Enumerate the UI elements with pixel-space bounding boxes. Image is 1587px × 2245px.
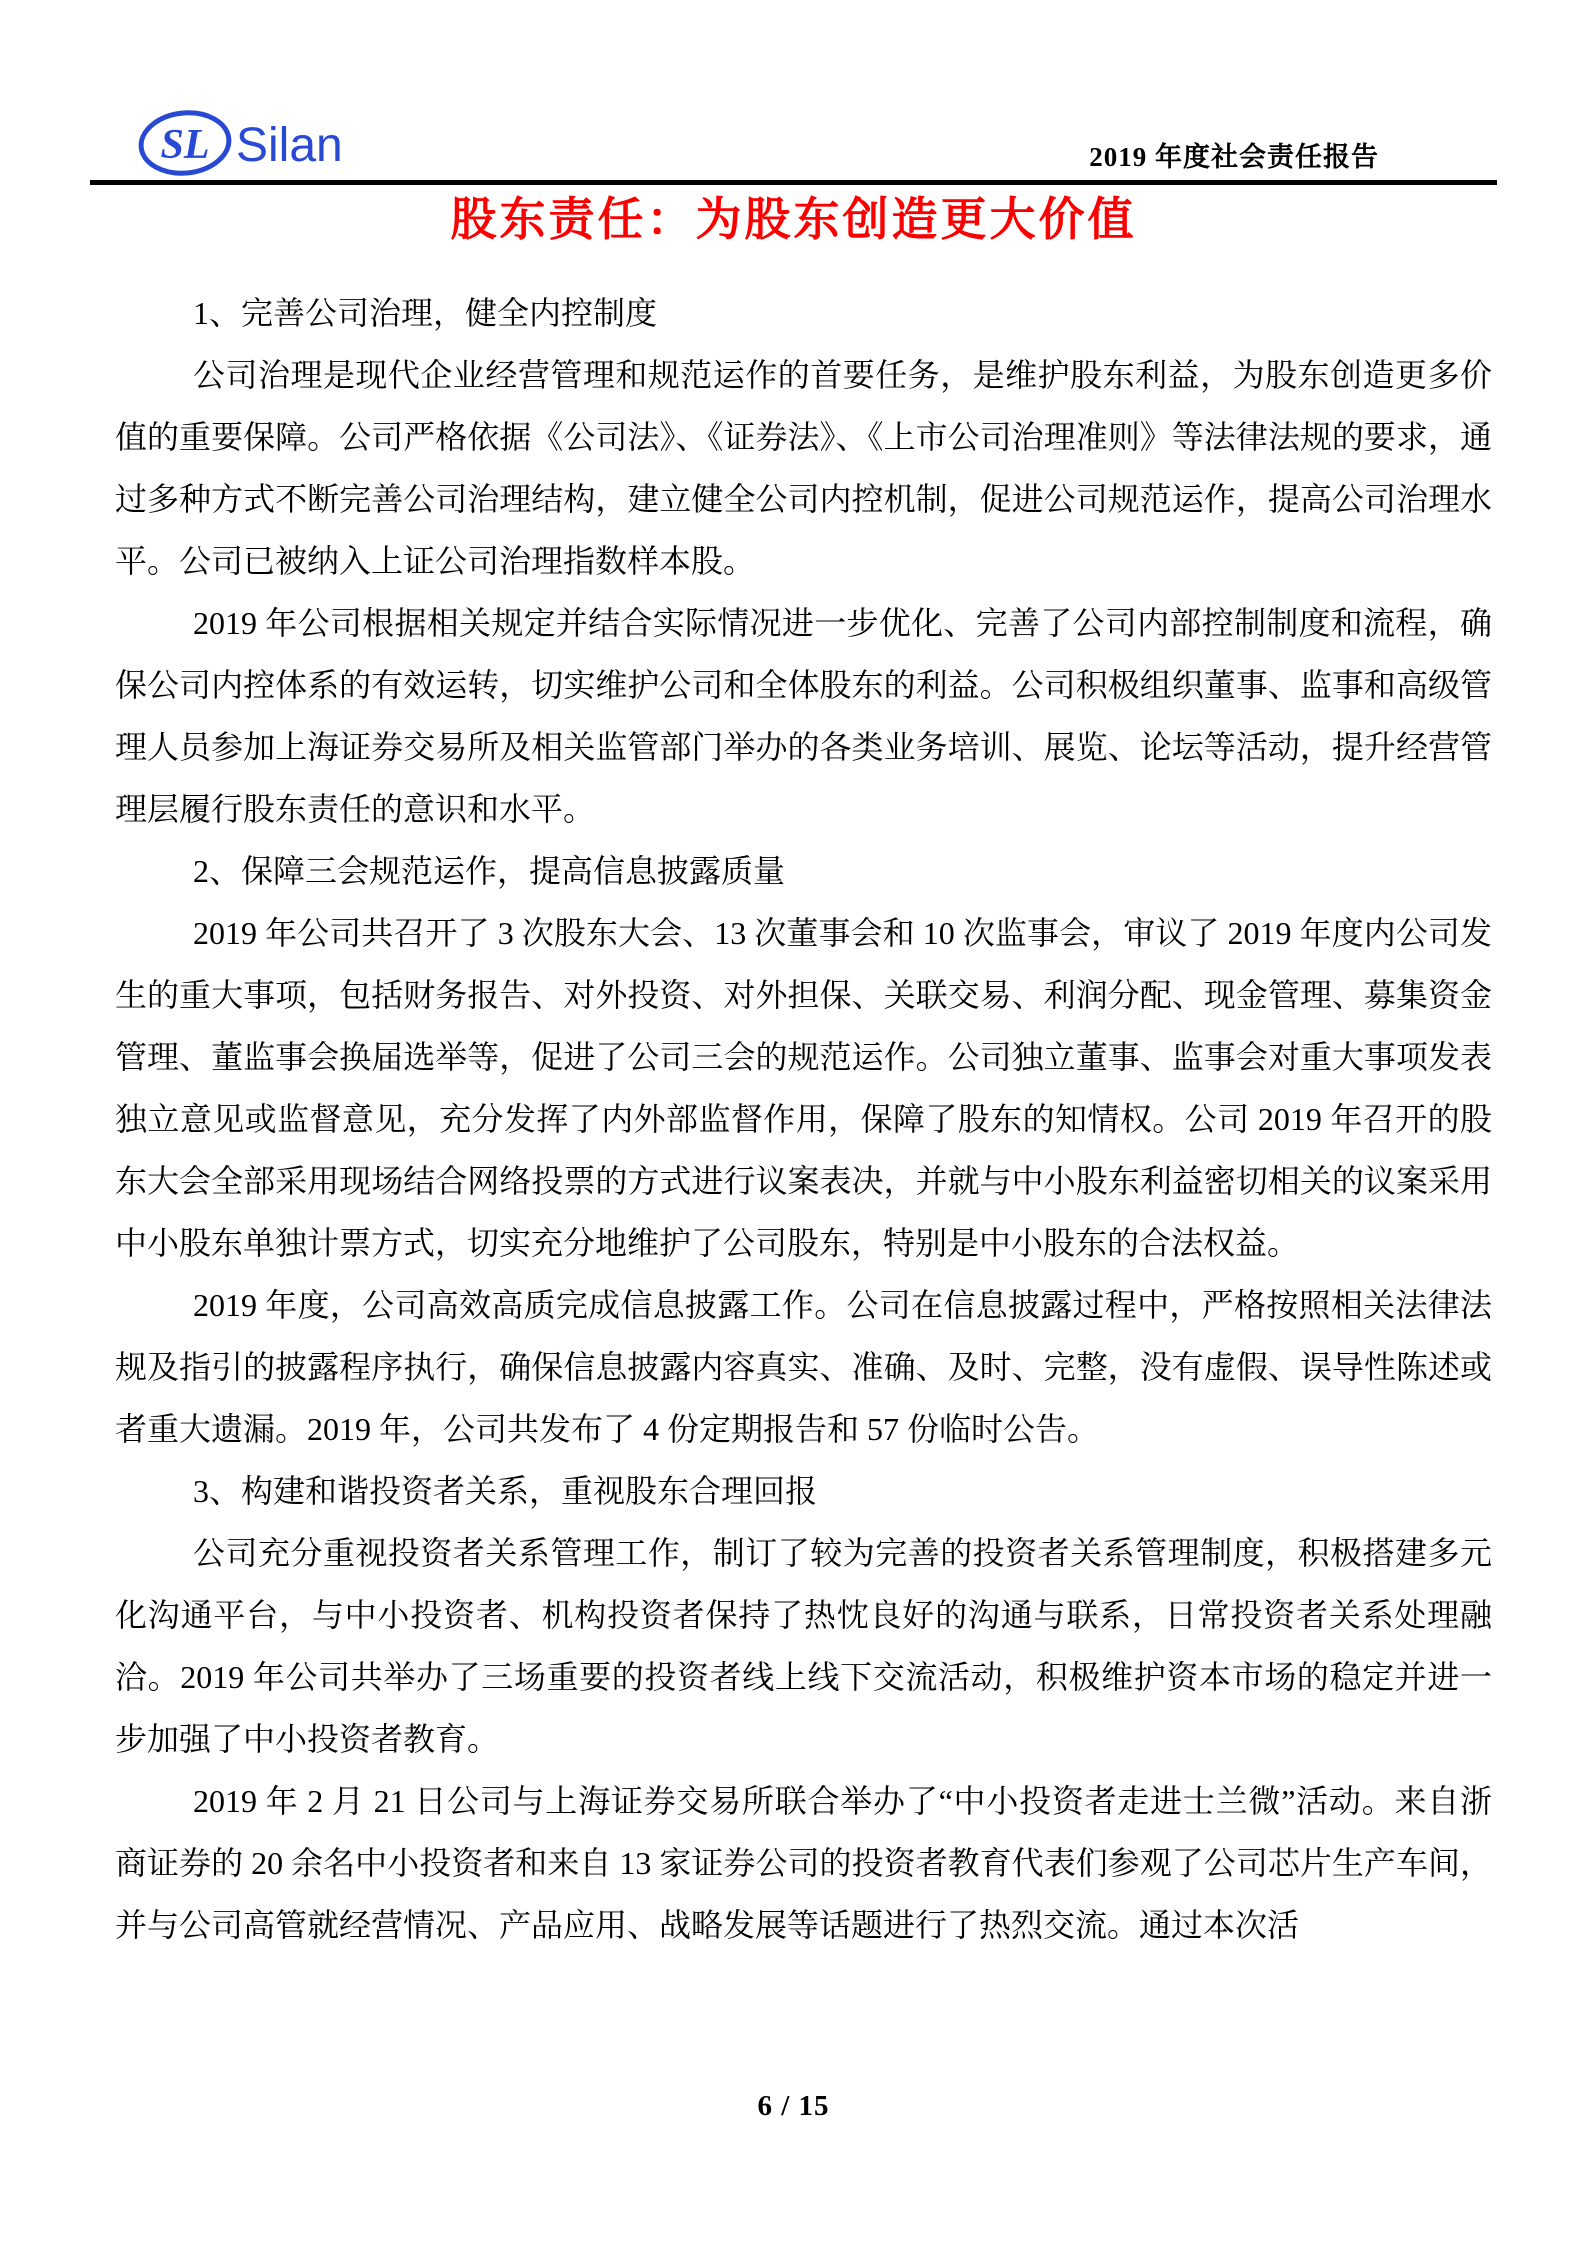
section-heading: 1、完善公司治理，健全内控制度 [115,282,1492,344]
page-title: 股东责任：为股东创造更大价值 [0,183,1587,249]
body-paragraph: 2019 年公司共召开了 3 次股东大会、13 次董事会和 10 次监事会，审议… [115,902,1492,1274]
report-page: SL Silan 2019 年度社会责任报告 股东责任：为股东创造更大价值 1、… [0,0,1587,2245]
body-paragraph: 2019 年 2 月 21 日公司与上海证券交易所联合举办了“中小投资者走进士兰… [115,1770,1492,1956]
silan-logo-monogram: SL [160,122,209,168]
page-header: SL Silan 2019 年度社会责任报告 [90,0,1497,185]
header-report-title: 2019 年度社会责任报告 [1089,135,1379,174]
section-heading: 3、构建和谐投资者关系，重视股东合理回报 [115,1460,1492,1522]
body-paragraph: 2019 年度，公司高效高质完成信息披露工作。公司在信息披露过程中，严格按照相关… [115,1274,1492,1460]
body-paragraph: 公司充分重视投资者关系管理工作，制订了较为完善的投资者关系管理制度，积极搭建多元… [115,1522,1492,1770]
page-number: 6 / 15 [0,2090,1587,2123]
body-paragraph: 公司治理是现代企业经营管理和规范运作的首要任务，是维护股东利益，为股东创造更多价… [115,344,1492,592]
silan-logo-brand: Silan [236,119,343,172]
body-paragraph: 2019 年公司根据相关规定并结合实际情况进一步优化、完善了公司内部控制制度和流… [115,592,1492,840]
silan-logo: SL Silan [138,105,398,177]
document-body: 1、完善公司治理，健全内控制度 公司治理是现代企业经营管理和规范运作的首要任务，… [115,282,1492,1956]
section-heading: 2、保障三会规范运作，提高信息披露质量 [115,840,1492,902]
